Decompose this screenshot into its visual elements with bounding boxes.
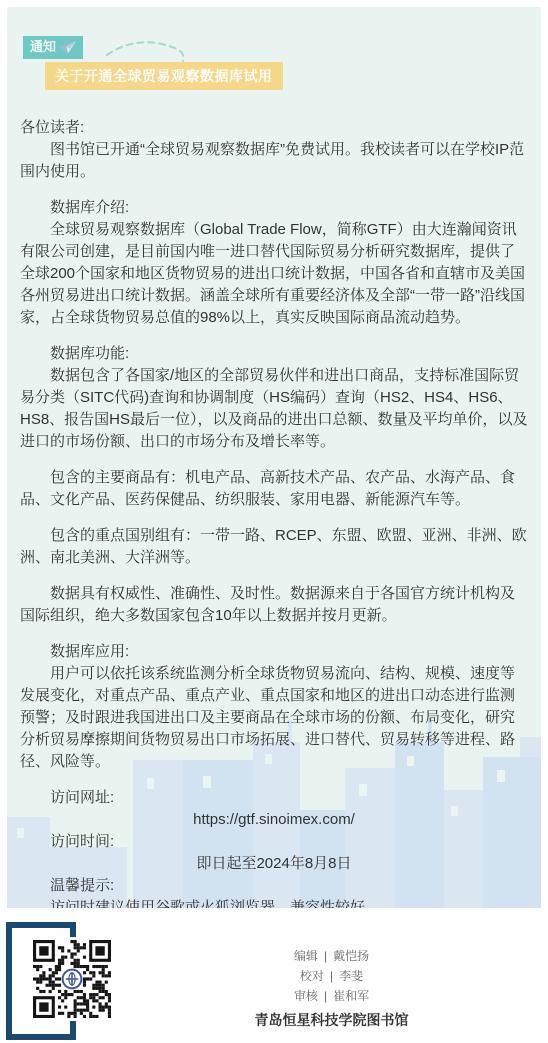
credit-separator: | bbox=[324, 949, 327, 963]
paragraph bbox=[20, 773, 528, 787]
paragraph: 各位读者: bbox=[20, 117, 528, 139]
paragraph: 访问时间: bbox=[20, 831, 528, 853]
article-text: 各位读者: 图书馆已开通“全球贸易观察数据库”免费试用。我校读者可以在学校IP范… bbox=[20, 117, 528, 908]
paragraph bbox=[20, 329, 528, 343]
paragraph: 图书馆已开通“全球贸易观察数据库”免费试用。我校读者可以在学校IP范围内使用。 bbox=[20, 139, 528, 183]
paragraph: 包含的重点国别组有：一带一路、RCEP、东盟、欧盟、亚洲、非洲、欧洲、南北美洲、… bbox=[20, 525, 528, 569]
article-title: 关于开通全球贸易观察数据库试用 bbox=[45, 62, 283, 90]
paragraph: 数据包含了各国家/地区的全部贸易伙伴和进出口商品，支持标准国际贸易分类（SITC… bbox=[20, 365, 528, 453]
paragraph: 包含的主要商品有：机电产品、高新技术产品、农产品、水海产品、食品、文化产品、医药… bbox=[20, 467, 528, 511]
credit-separator: | bbox=[330, 969, 333, 983]
paragraph: 温馨提示: bbox=[20, 875, 528, 897]
paragraph: 数据库介绍: bbox=[20, 197, 528, 219]
paragraph bbox=[20, 511, 528, 525]
notice-badge-label: 通知 bbox=[30, 39, 56, 55]
credit-name: 崔和军 bbox=[333, 989, 369, 1003]
credit-role: 审核 bbox=[294, 989, 318, 1003]
paragraph: 数据库功能: bbox=[20, 343, 528, 365]
paragraph bbox=[20, 183, 528, 197]
library-name: 青岛恒星科技学院图书馆 bbox=[115, 1010, 548, 1030]
paper-plane-icon bbox=[59, 40, 77, 55]
credit-line: 校对|李斐 bbox=[115, 966, 548, 986]
credit-name: 李斐 bbox=[339, 969, 363, 983]
page: 通知 关于开通全球贸易观察数据库试用 各位读者: 图书馆已开通“全球贸易观察数据… bbox=[0, 0, 548, 1043]
paragraph: 全球贸易观察数据库（Global Trade Flow，简称GTF）由大连瀚闻资… bbox=[20, 219, 528, 329]
paragraph: https://gtf.sinoimex.com/ bbox=[20, 809, 528, 831]
paragraph: 数据具有权威性、准确性、及时性。数据源来自于各国官方统计机构及国际组织，绝大多数… bbox=[20, 583, 528, 627]
credit-line: 审核|崔和军 bbox=[115, 986, 548, 1006]
paragraph bbox=[20, 627, 528, 641]
credit-separator: | bbox=[324, 989, 327, 1003]
paragraph bbox=[20, 569, 528, 583]
qr-code bbox=[30, 937, 114, 1021]
footer: 编辑|戴恺扬 校对|李斐 审核|崔和军 青岛恒星科技学院图书馆 bbox=[0, 908, 548, 1043]
credit-role: 编辑 bbox=[294, 949, 318, 963]
credit-line: 编辑|戴恺扬 bbox=[115, 946, 548, 966]
credit-list: 编辑|戴恺扬 校对|李斐 审核|崔和军 bbox=[115, 946, 548, 1006]
paragraph: 即日起至2024年8月8日 bbox=[20, 853, 528, 875]
credit-name: 戴恺扬 bbox=[333, 949, 369, 963]
paragraph: 数据库应用: bbox=[20, 641, 528, 663]
article-card: 通知 关于开通全球贸易观察数据库试用 各位读者: 图书馆已开通“全球贸易观察数据… bbox=[7, 7, 541, 908]
paragraph: 访问时建议使用谷歌或火狐浏览器，兼容性较好 bbox=[20, 897, 528, 908]
paragraph: 访问网址: bbox=[20, 787, 528, 809]
credit-role: 校对 bbox=[300, 969, 324, 983]
paragraph bbox=[20, 453, 528, 467]
credits: 编辑|戴恺扬 校对|李斐 审核|崔和军 青岛恒星科技学院图书馆 bbox=[115, 946, 548, 1030]
notice-badge: 通知 bbox=[23, 36, 83, 59]
paragraph: 用户可以依托该系统监测分析全球货物贸易流向、结构、规模、速度等发展变化，对重点产… bbox=[20, 663, 528, 773]
